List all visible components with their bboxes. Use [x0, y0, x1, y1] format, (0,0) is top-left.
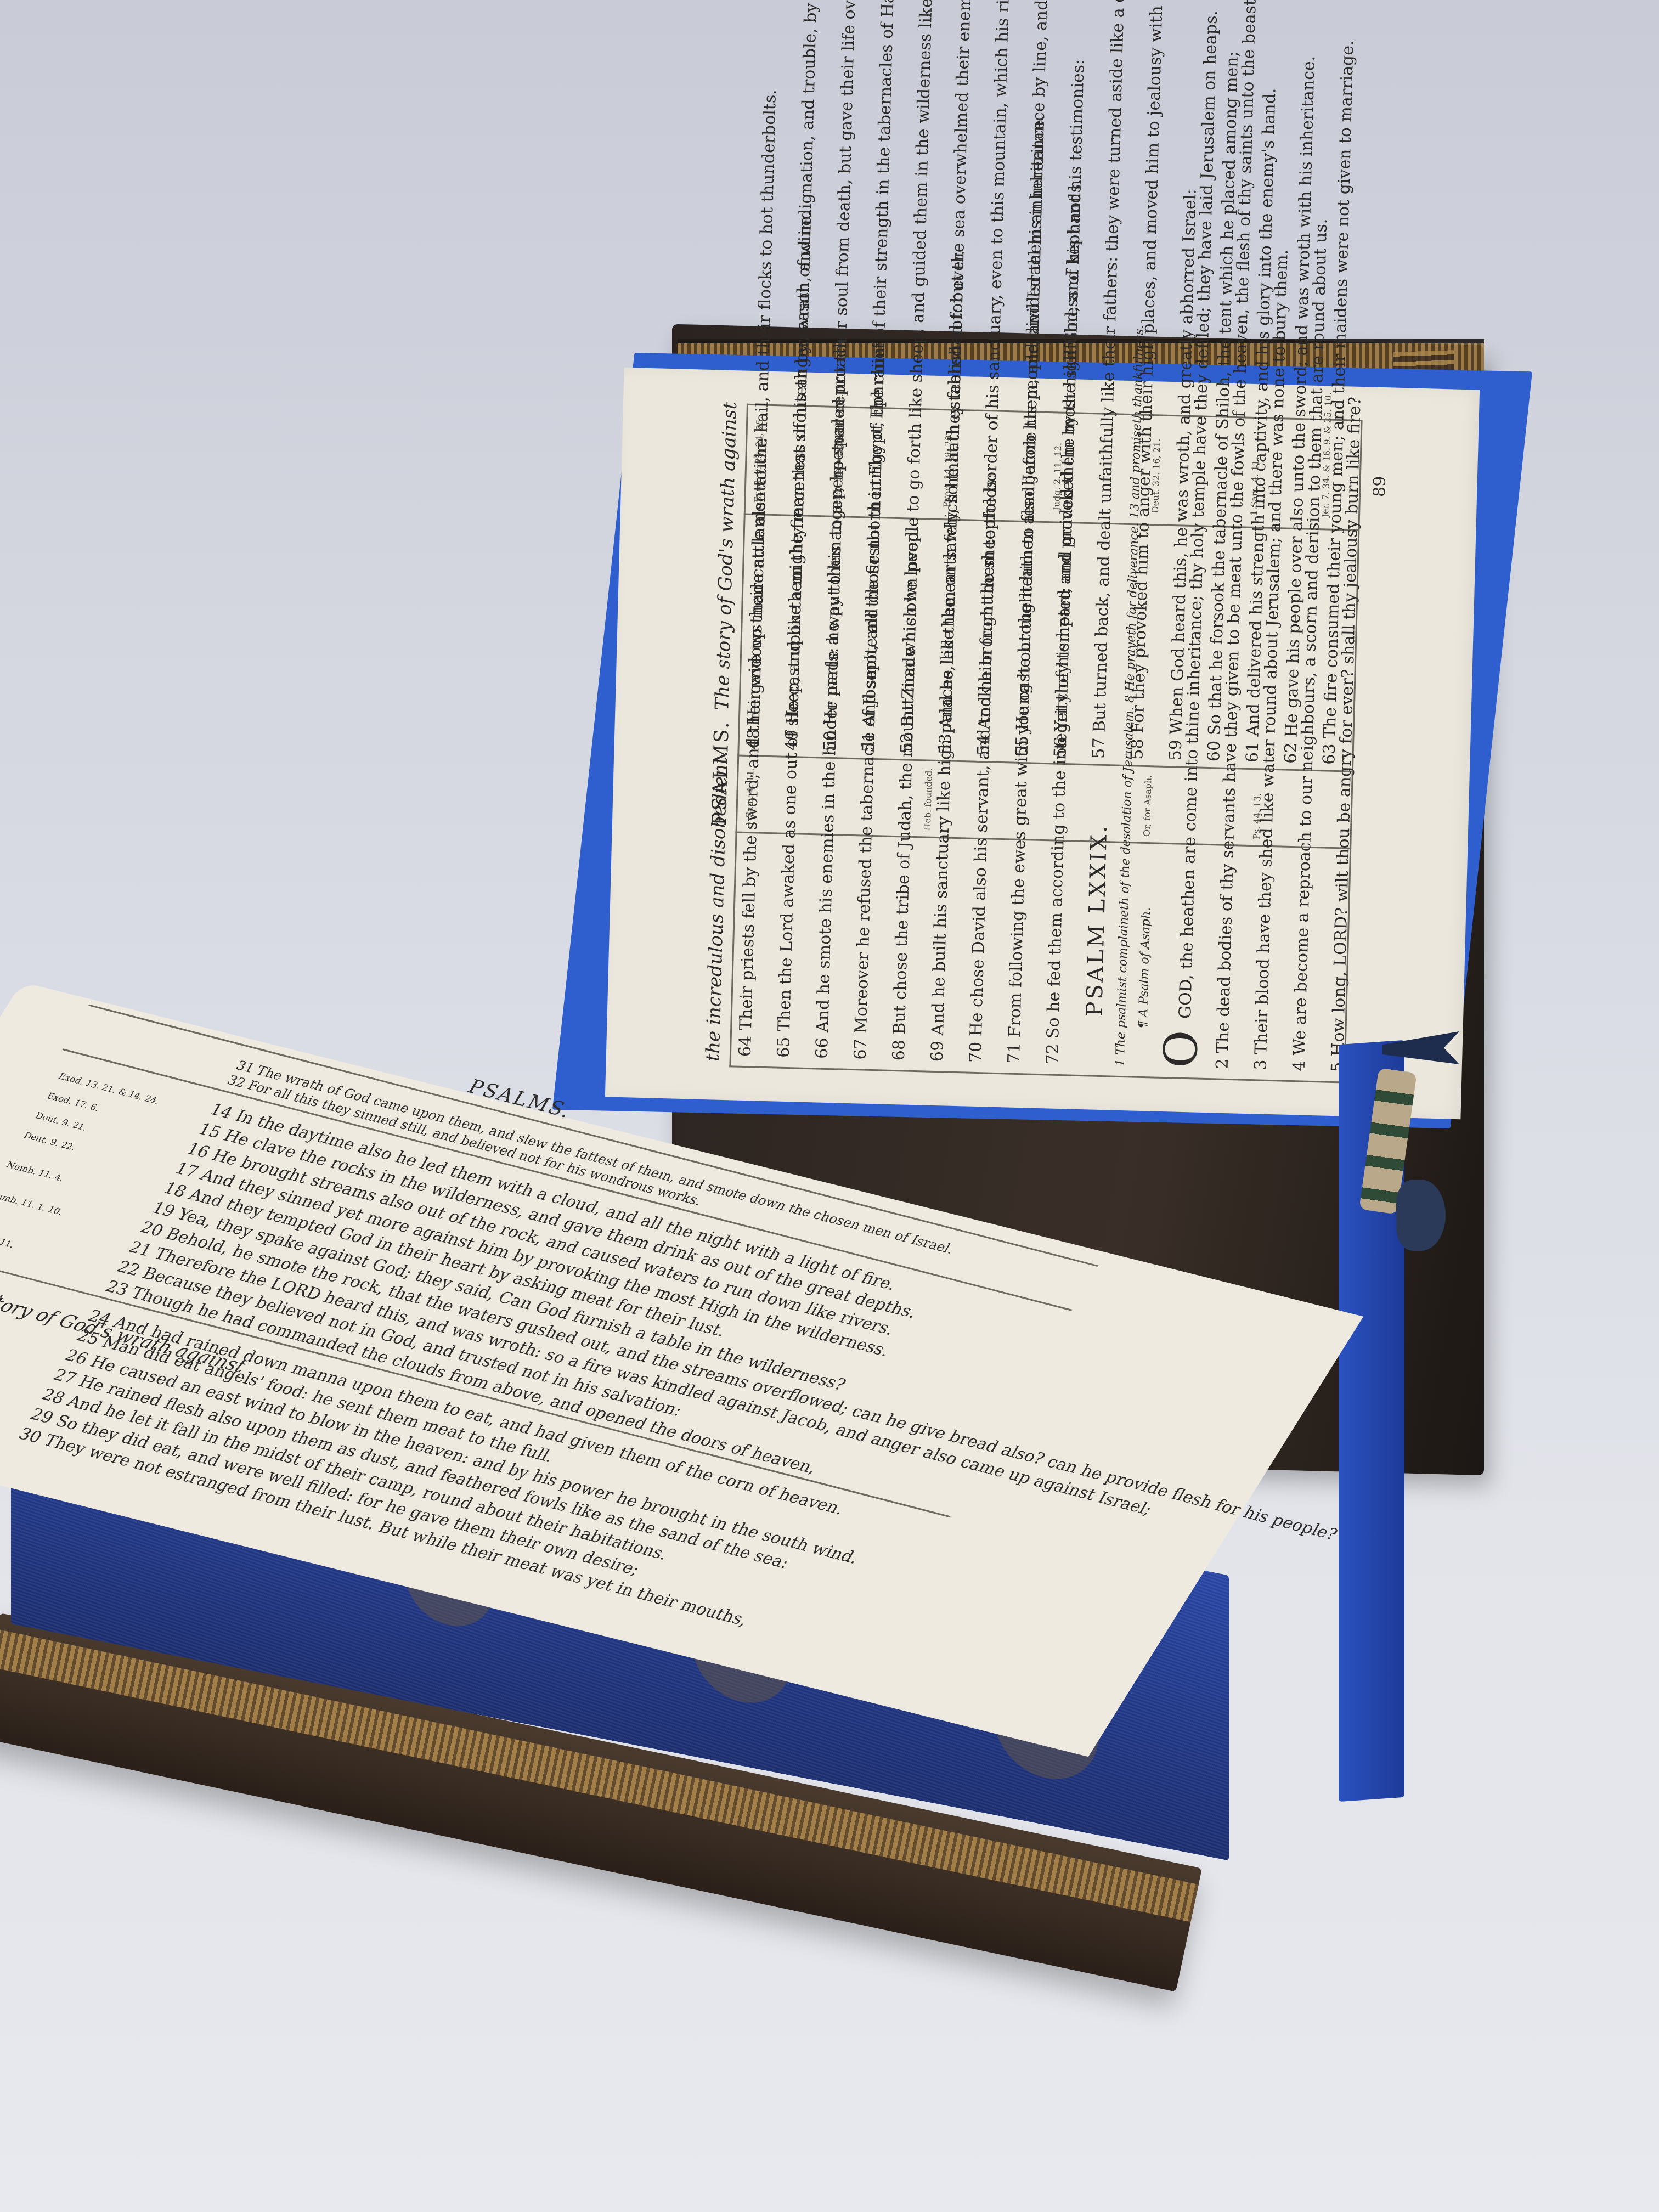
verse-line: 67 Moreover he refused the tabernacle of…	[850, 341, 890, 1060]
running-head-left: The story of God's wrath against	[711, 402, 741, 710]
upper-page: The story of God's wrath against PSALMS.…	[605, 368, 1480, 1119]
drop-cap: O	[1158, 1030, 1205, 1069]
margin-ref: 1 Sam. 4. 11.	[744, 768, 757, 826]
verse-line: 66 And he smote his enemies in the hinde…	[812, 332, 852, 1059]
margin-ref: Exod. 14. 19, 20.	[941, 432, 955, 508]
margin-ref: Exod. 17. 6.	[45, 1091, 102, 1114]
verse-line: 72 So he fed them according to the integ…	[1042, 179, 1086, 1065]
page-number: 89	[1370, 476, 1390, 497]
psalm-superscription: ¶ A Psalm of Asaph.	[1136, 907, 1153, 1029]
margin-ref: Judg. 2. 11, 12.	[1051, 443, 1064, 511]
verse-line: 71 From following the ewes great with yo…	[1004, 115, 1049, 1064]
margin-ref: Exod. 9. 23, 24, 25.	[752, 416, 765, 503]
psalm-heading: PSALM LXXIX.	[1082, 823, 1112, 1017]
margin-ref: Ps. 44. 13.	[1251, 793, 1263, 839]
margin-ref: Deut. 9. 21.	[33, 1110, 89, 1133]
photo-scene: The story of God's wrath against PSALMS.…	[0, 0, 1659, 2212]
verse-line: 70 He chose David also his servant, and …	[966, 473, 1002, 1063]
verse-line: 68 But chose the tribe of Judah, the mou…	[889, 526, 924, 1061]
running-head-right: the incredulous and disobedient.	[702, 751, 732, 1062]
margin-ref: Numb. 11. 4.	[4, 1160, 66, 1184]
margin-ref: Numb. 11. 1, 10.	[0, 1189, 65, 1217]
upper-page-text-area: The story of God's wrath against PSALMS.…	[696, 403, 1366, 1084]
margin-ref: Or, for Asaph.	[1142, 775, 1154, 837]
ribbon-marker-end	[1396, 1180, 1446, 1251]
margin-ref: 1 Sam. 4. 11.	[1249, 457, 1261, 516]
margin-ref: Heb. founded.	[922, 768, 935, 831]
margin-ref: Gen. 7. 11.	[0, 1228, 16, 1250]
verse-line: 64 Their priests fell by the sword; and …	[735, 437, 772, 1057]
margin-ref: Deut. 9. 22.	[21, 1130, 78, 1153]
margin-ref: Deut. 32. 16, 21.	[1150, 438, 1163, 513]
